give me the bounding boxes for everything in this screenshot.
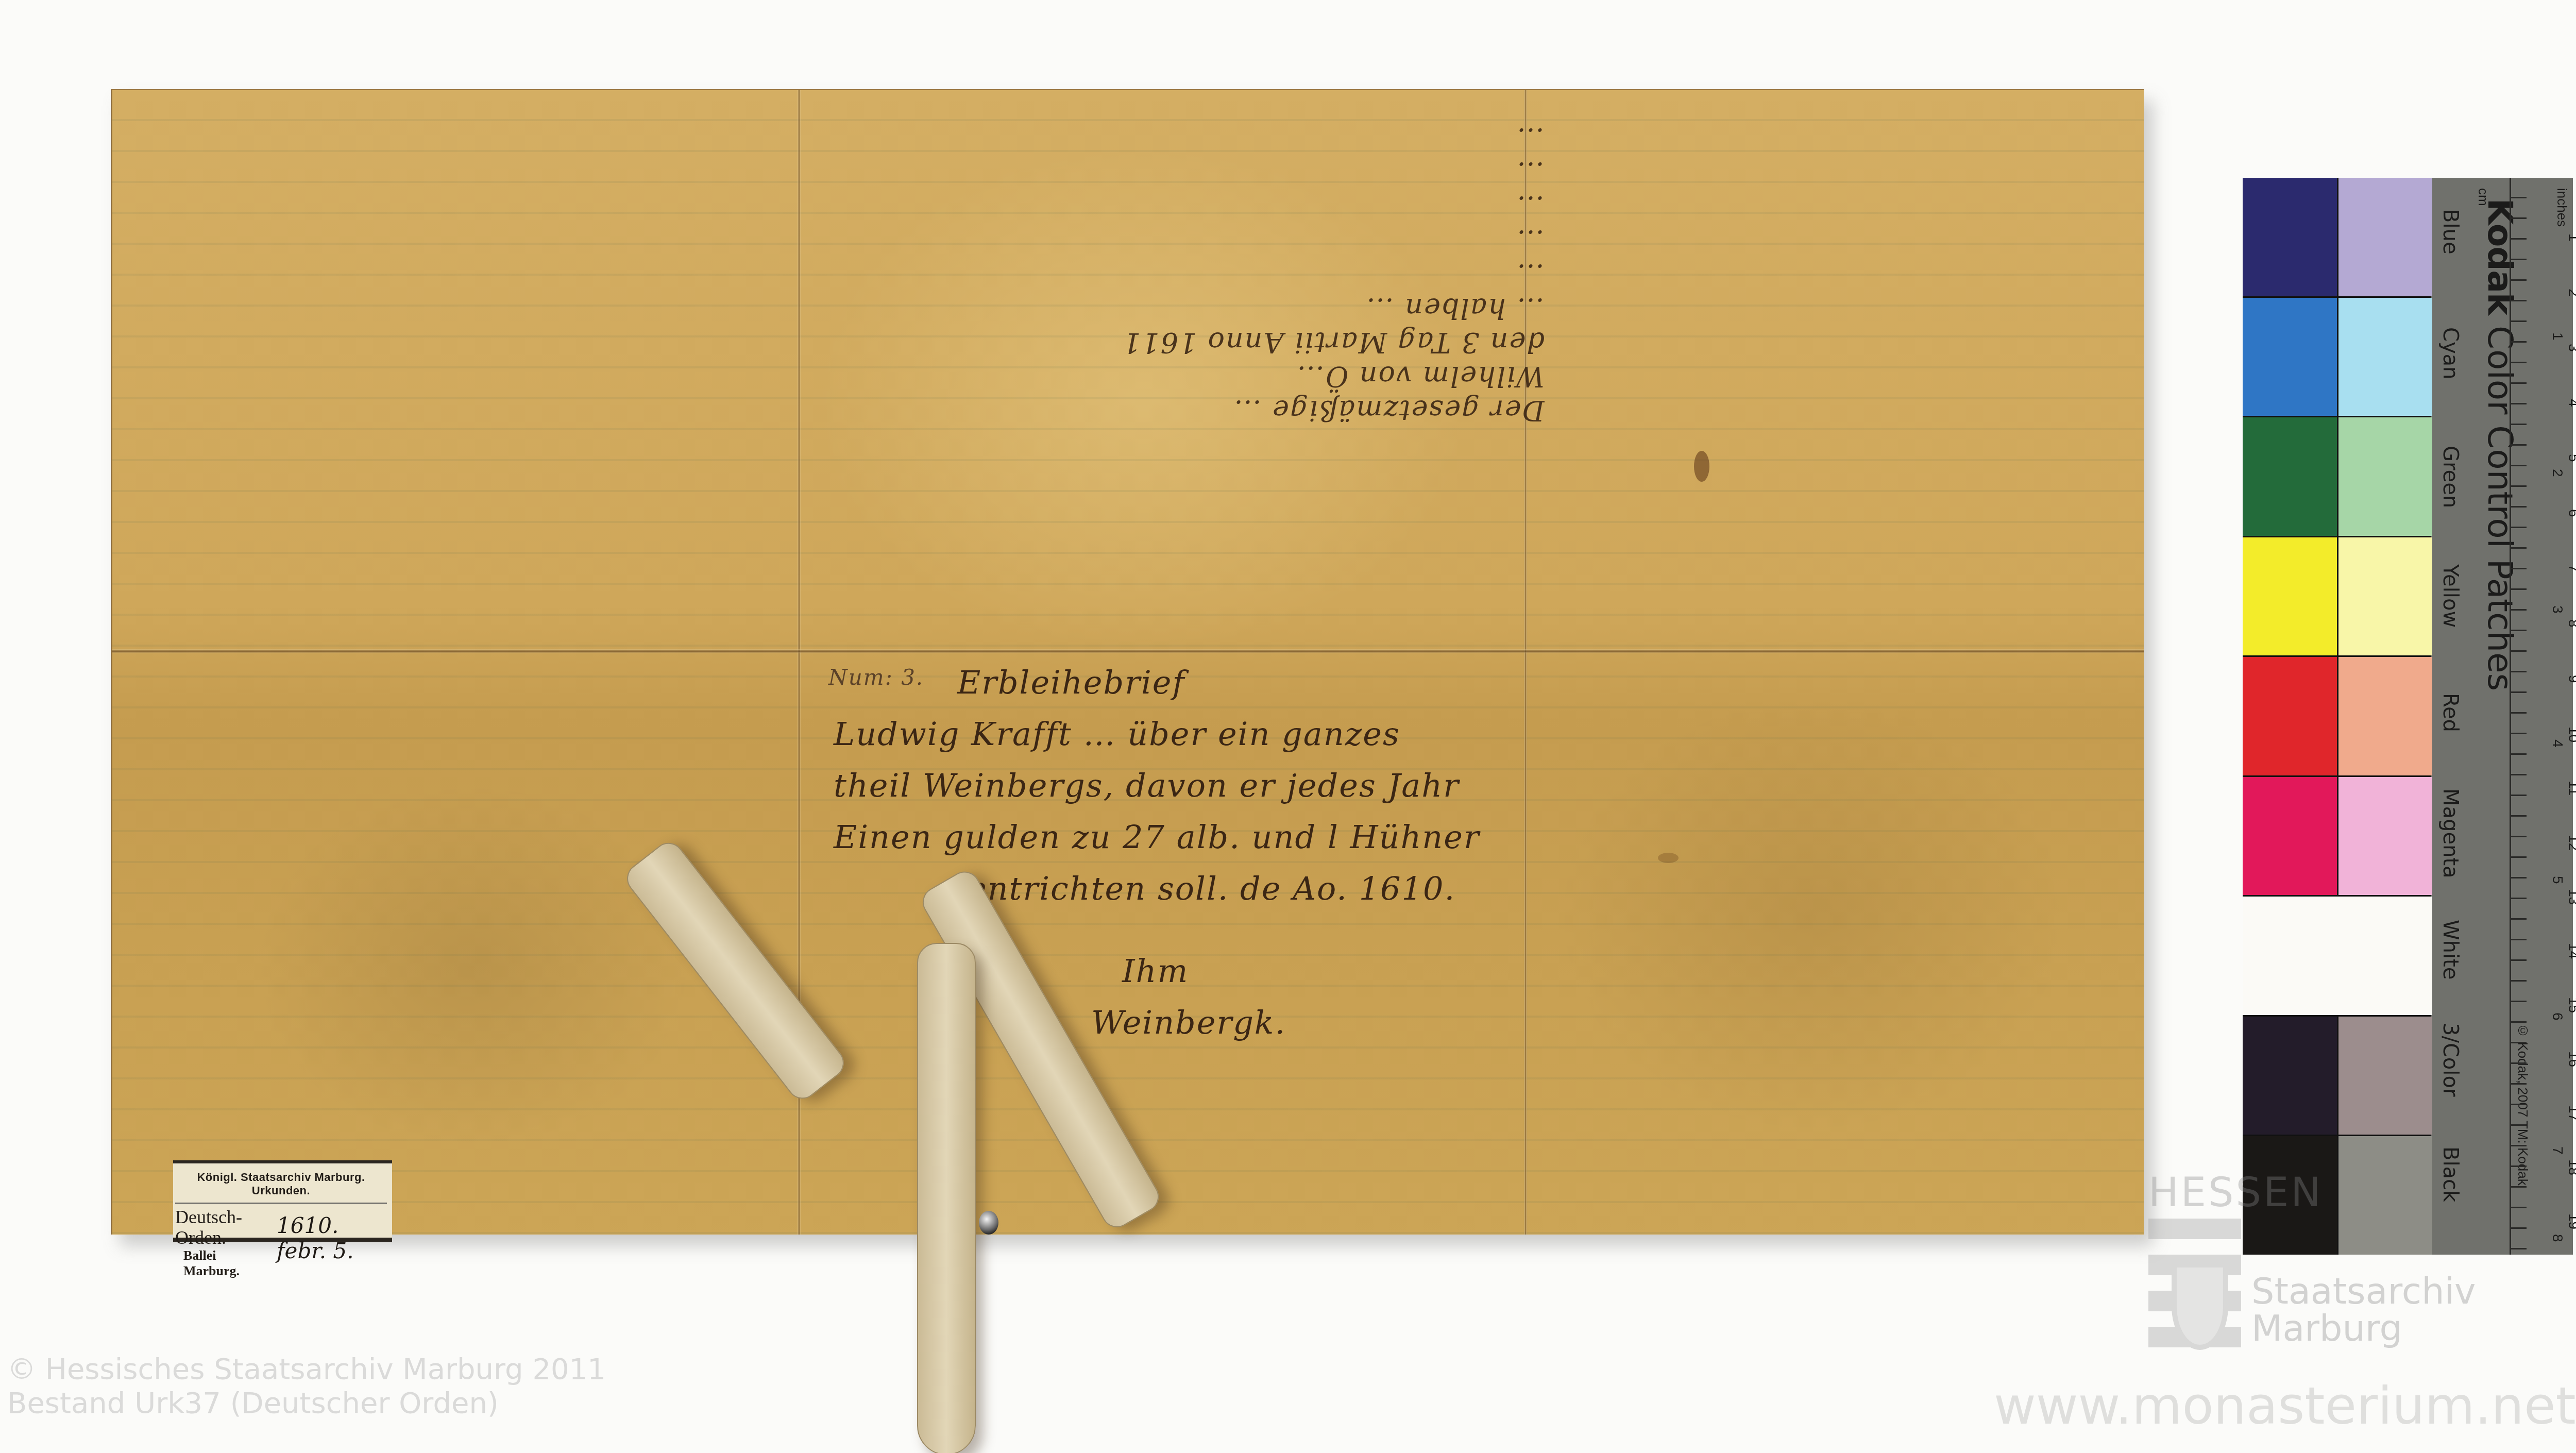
ruler-inch-tick: 1 [2549,332,2566,341]
dorsal-line: den 3 Tag Martii Anno 1611 [813,325,1545,359]
dorsal-line: … [813,121,1545,155]
kodak-scale-strip: Kodak Color Control Patches Blue Cyan Gr… [2432,178,2573,1255]
patch-red-light [2338,657,2433,775]
endorsement-line: Einen gulden zu 27 alb. und l Hühner [834,812,1555,863]
endorsement-line: theil Weinbergs, davon er jedes Jahr [834,760,1555,812]
dorsal-line: … halben … [813,291,1545,325]
ruler-inch-tick: 3 [2549,605,2566,614]
ruler-cm-tick: 5 [2565,454,2576,462]
ink-stain [1694,451,1709,482]
patch-label: Yellow [2438,564,2462,628]
ruler-cm-tick: 15 [2565,997,2576,1013]
color-patch-grid [2243,178,2431,1255]
archive-label: Königl. Staatsarchiv Marburg. Urkunden. … [173,1160,392,1242]
ruler-cm-tick: 14 [2565,943,2576,959]
ruler-cm-tick: 2 [2565,289,2576,297]
ink-stain [1658,853,1679,863]
parchment-tie-hanging [917,943,976,1453]
ruler-cm-tick: 18 [2565,1159,2576,1175]
ruler-cm-tick: 10 [2565,727,2576,742]
ruler-cm-tick: 3 [2565,344,2576,352]
archive-label-subcollection: Ballei Marburg. [183,1248,264,1279]
ruler-cm-tick: 4 [2565,399,2576,407]
patch-blue-light [2338,178,2433,296]
archive-label-date: 1610. febr. 5. [277,1213,387,1263]
dorsal-line: … [813,257,1545,291]
patch-label: 3/Color [2438,1023,2462,1096]
patch-cyan-dark [2243,298,2337,416]
patch-yellow-dark [2243,537,2337,656]
patch-label: Cyan [2438,327,2462,379]
metal-pin [979,1211,998,1235]
patch-blue-dark [2243,178,2337,296]
logo-archive-name-line1: Staatsarchiv [2251,1273,2476,1310]
document-number: Num: 3. [828,652,924,703]
ruler-unit-inches: inches [2554,188,2570,227]
patch-3color-light [2338,1017,2433,1135]
dorsal-line: Wilhelm von Ö… [813,359,1545,393]
copyright-watermark: © Hessisches Staatsarchiv Marburg 2011 B… [7,1353,606,1421]
patch-magenta-light [2338,777,2433,896]
ruler-cm-tick: 19 [2565,1213,2576,1229]
patch-3color-dark [2243,1017,2337,1135]
ruler-cm-tick: 7 [2565,564,2576,572]
monasterium-url-watermark: www.monasterium.net [1994,1376,2576,1436]
patch-green-light [2338,417,2433,536]
dorsal-line: Der gesetzmäßige … [813,393,1545,427]
fold-line-horizontal [112,649,2144,653]
patch-label: White [2438,920,2462,979]
ruler-cm-tick: 16 [2565,1051,2576,1067]
dorsal-line: … [813,155,1545,189]
patch-label: Blue [2438,209,2462,255]
patch-label: Magenta [2438,788,2462,878]
logo-archive-name: Staatsarchiv Marburg [2251,1273,2476,1347]
ruler-cm-tick: 12 [2565,835,2576,851]
ruler-cm-tick: 6 [2565,509,2576,517]
ruler-inch-tick: 5 [2549,876,2566,884]
ruler-inch-tick: 2 [2549,469,2566,477]
logo-hessen-text: HESSEN [2148,1170,2323,1216]
patch-magenta-dark [2243,777,2337,896]
ruler-cm-tick: 1 [2565,233,2576,242]
endorsement-line: Ludwig Krafft … über ein ganzes [834,708,1555,760]
dorsal-line: … [813,223,1545,257]
ruler-cm-tick: 9 [2565,675,2576,683]
ruler-inch-tick: 7 [2549,1146,2566,1155]
ruler-cm-tick: 13 [2565,889,2576,905]
parchment-charter: Der gesetzmäßige … Wilhelm von Ö… den 3 … [111,89,2144,1235]
patch-green-dark [2243,417,2337,536]
ruler-cm-tick: 17 [2565,1105,2576,1121]
ruler-cm-tick: 11 [2565,781,2576,796]
patch-label: Green [2438,446,2462,508]
archive-label-header: Königl. Staatsarchiv Marburg. Urkunden. [175,1167,387,1204]
collection-line: Bestand Urk37 (Deutscher Orden) [7,1387,606,1421]
ruler-cm-tick: 8 [2565,619,2576,628]
dorsal-note-rotated: Der gesetzmäßige … Wilhelm von Ö… den 3 … [813,121,1545,427]
patch-yellow-light [2338,537,2433,656]
patch-white [2243,897,2432,1015]
archive-label-collection: Deutsch-Orden. [175,1207,264,1248]
patch-red-dark [2243,657,2337,775]
patch-cyan-light [2338,298,2433,416]
ruler-unit-cm: cm [2475,188,2491,206]
kodak-color-chart: Kodak Color Control Patches Blue Cyan Gr… [2243,178,2573,1255]
copyright-line: © Hessisches Staatsarchiv Marburg 2011 [7,1353,606,1387]
staatsarchiv-logo-watermark: HESSEN Staatsarchiv Marburg [2143,1170,2555,1360]
dorsal-line: … [813,189,1545,223]
ruler-inch-tick: 6 [2549,1012,2566,1021]
endorsement-title: Erbleihebrief [834,657,1555,708]
logo-archive-name-line2: Marburg [2251,1310,2476,1347]
ruler-inch-tick: 4 [2549,739,2566,748]
patch-label: Red [2438,693,2462,732]
coat-of-arms-icon [2172,1262,2228,1350]
